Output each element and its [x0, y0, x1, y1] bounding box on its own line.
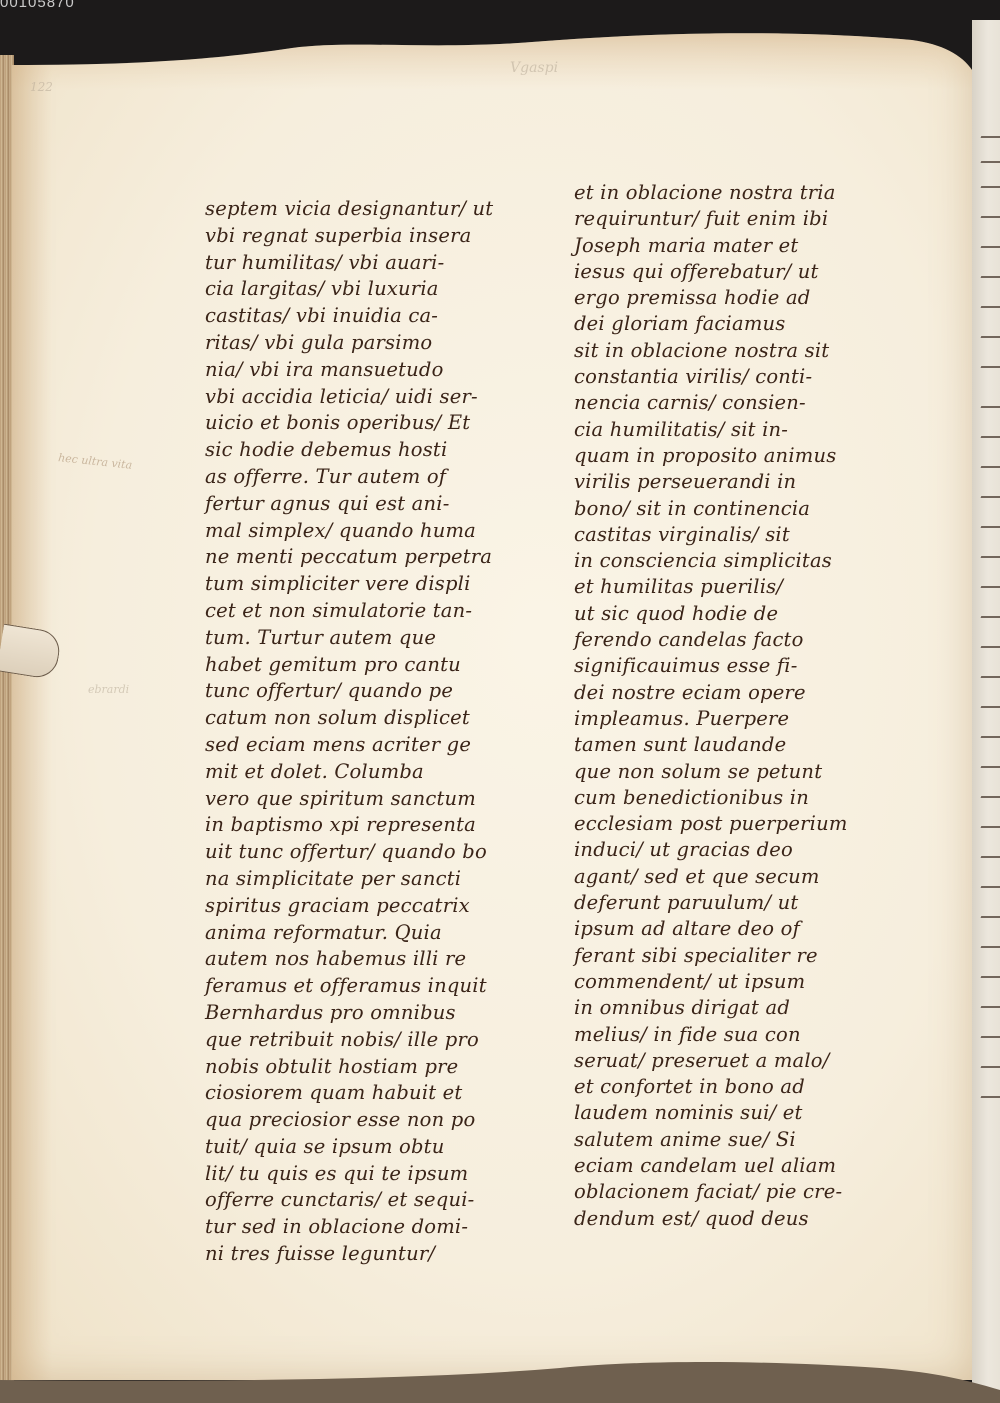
text-line: Joseph maria mater et: [574, 233, 874, 259]
text-line: fertur agnus qui est ani-: [205, 491, 525, 518]
text-line: requiruntur/ fuit enim ibi: [574, 206, 874, 232]
text-line: que non solum se petunt: [574, 759, 874, 785]
text-line: as offerre. Tur autem of: [205, 464, 525, 491]
text-line: sic hodie debemus hosti: [205, 437, 525, 464]
text-line: castitas/ vbi inuidia ca-: [205, 303, 525, 330]
text-line: vbi accidia leticia/ uidi ser-: [205, 384, 525, 411]
text-line: ni tres fuisse leguntur/: [205, 1241, 525, 1268]
text-line: cia largitas/ vbi luxuria: [205, 276, 525, 303]
text-line: quam in proposito animus: [574, 443, 874, 469]
text-line: ciosiorem quam habuit et: [205, 1080, 525, 1107]
text-line: tum. Turtur autem que: [205, 625, 525, 652]
text-line: uicio et bonis operibus/ Et: [205, 410, 525, 437]
text-line: lit/ tu quis es qui te ipsum: [205, 1161, 525, 1188]
text-line: cet et non simulatorie tan-: [205, 598, 525, 625]
text-line: catum non solum displicet: [205, 705, 525, 732]
text-line: cia humilitatis/ sit in-: [574, 417, 874, 443]
text-line: tamen sunt laudande: [574, 732, 874, 758]
image-id-label: 00105870: [0, 0, 75, 11]
text-line: vbi regnat superbia insera: [205, 223, 525, 250]
text-line: nobis obtulit hostiam pre: [205, 1054, 525, 1081]
text-column-right: et in oblacione nostra tria requiruntur/…: [574, 180, 874, 1232]
next-page-strip: [972, 20, 1000, 1403]
text-line: deferunt paruulum/ ut: [574, 890, 874, 916]
margin-note-top-center: Vgaspi: [510, 60, 558, 76]
text-line: cum benedictionibus in: [574, 785, 874, 811]
text-line: habet gemitum pro cantu: [205, 652, 525, 679]
text-line: ipsum ad altare deo of: [574, 916, 874, 942]
text-line: tunc offertur/ quando pe: [205, 678, 525, 705]
text-line: agant/ sed et que secum: [574, 864, 874, 890]
text-line: in omnibus dirigat ad: [574, 995, 874, 1021]
text-line: melius/ in fide sua con: [574, 1022, 874, 1048]
text-line: septem vicia designantur/ ut: [205, 196, 525, 223]
text-line: eciam candelam uel aliam: [574, 1153, 874, 1179]
page-edge-stack: [0, 55, 14, 1403]
text-line: et confortet in bono ad: [574, 1074, 874, 1100]
text-line: Bernhardus pro omnibus: [205, 1000, 525, 1027]
text-line: na simplicitate per sancti: [205, 866, 525, 893]
text-line: tur humilitas/ vbi auari-: [205, 250, 525, 277]
text-line: mal simplex/ quando huma: [205, 518, 525, 545]
text-line: induci/ ut gracias deo: [574, 837, 874, 863]
text-column-left: septem vicia designantur/ ut vbi regnat …: [205, 196, 525, 1268]
text-line: vero que spiritum sanctum: [205, 786, 525, 813]
text-line: dei nostre eciam opere: [574, 680, 874, 706]
text-line: et humilitas puerilis/: [574, 574, 874, 600]
text-line: impleamus. Puerpere: [574, 706, 874, 732]
text-line: virilis perseuerandi in: [574, 469, 874, 495]
text-line: salutem anime sue/ Si: [574, 1127, 874, 1153]
text-line: que retribuit nobis/ ille pro: [205, 1027, 525, 1054]
text-line: nencia carnis/ consien-: [574, 390, 874, 416]
text-line: bono/ sit in continencia: [574, 496, 874, 522]
text-line: ritas/ vbi gula parsimo: [205, 330, 525, 357]
text-line: spiritus graciam peccatrix: [205, 893, 525, 920]
text-line: dendum est/ quod deus: [574, 1206, 874, 1232]
text-line: uit tunc offertur/ quando bo: [205, 839, 525, 866]
text-line: commendent/ ut ipsum: [574, 969, 874, 995]
text-line: ergo premissa hodie ad: [574, 285, 874, 311]
text-line: et in oblacione nostra tria: [574, 180, 874, 206]
text-line: ferant sibi specialiter re: [574, 943, 874, 969]
text-line: laudem nominis sui/ et: [574, 1100, 874, 1126]
text-line: ut sic quod hodie de: [574, 601, 874, 627]
text-line: sit in oblacione nostra sit: [574, 338, 874, 364]
text-line: offerre cunctaris/ et sequi-: [205, 1187, 525, 1214]
margin-note-top-left: 122: [30, 80, 53, 94]
text-line: ferendo candelas facto: [574, 627, 874, 653]
text-line: autem nos habemus illi re: [205, 946, 525, 973]
text-line: dei gloriam faciamus: [574, 311, 874, 337]
text-line: in consciencia simplicitas: [574, 548, 874, 574]
text-line: seruat/ preseruet a malo/: [574, 1048, 874, 1074]
text-line: iesus qui offerebatur/ ut: [574, 259, 874, 285]
text-line: tur sed in oblacione domi-: [205, 1214, 525, 1241]
text-line: oblacionem faciat/ pie cre-: [574, 1179, 874, 1205]
text-line: ecclesiam post puerperium: [574, 811, 874, 837]
text-line: castitas virginalis/ sit: [574, 522, 874, 548]
text-line: anima reformatur. Quia: [205, 920, 525, 947]
text-line: in baptismo xpi representa: [205, 812, 525, 839]
text-line: tuit/ quia se ipsum obtu: [205, 1134, 525, 1161]
text-line: sed eciam mens acriter ge: [205, 732, 525, 759]
text-line: significauimus esse fi-: [574, 653, 874, 679]
text-line: constantia virilis/ conti-: [574, 364, 874, 390]
text-line: mit et dolet. Columba: [205, 759, 525, 786]
text-line: ne menti peccatum perpetra: [205, 544, 525, 571]
text-line: nia/ vbi ira mansuetudo: [205, 357, 525, 384]
text-line: feramus et offeramus inquit: [205, 973, 525, 1000]
text-line: qua preciosior esse non po: [205, 1107, 525, 1134]
margin-note-left-lower: ebrardi: [88, 683, 129, 696]
text-line: tum simpliciter vere displi: [205, 571, 525, 598]
